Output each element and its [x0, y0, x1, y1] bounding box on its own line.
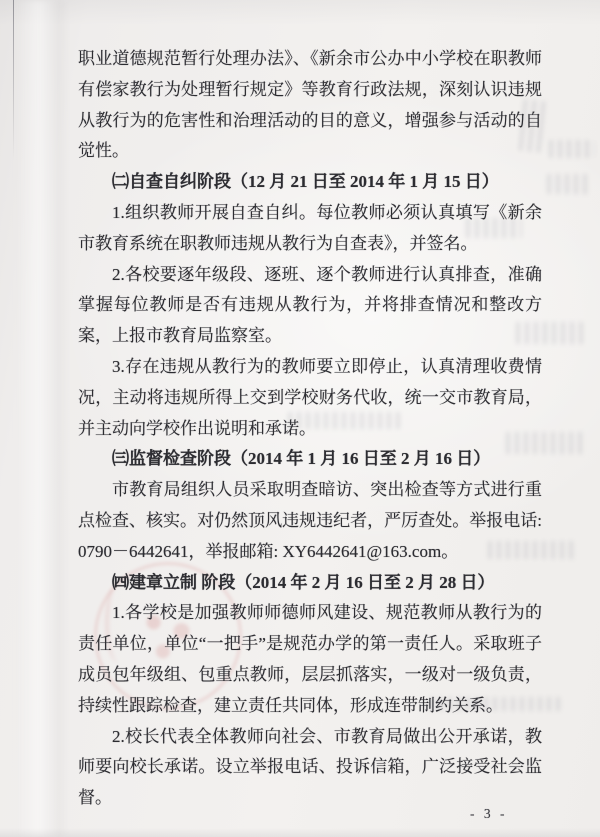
paragraph-self-check-item-1: 1.组织教师开展自查自纠。每位教师必须认真填写《新余市教育系统在职教师违规从教行…	[78, 198, 542, 260]
page-number: - 3 -	[470, 806, 508, 822]
paragraph-institution-item-2: 2.校长代表全体教师向社会、市教育局做出公开承诺，教师要向校长承诺。设立举报电话…	[78, 722, 542, 814]
paragraph-self-check-item-3: 3.存在违规从教行为的教师要立即停止，认真清理收费情况，主动将违规所得上交到学校…	[78, 352, 542, 444]
paragraph-supervision-body: 市教育局组织人员采取明查暗访、突出检查等方式进行重点检查、核实。对仍然顶风违规违…	[78, 475, 542, 567]
bottom-edge-shadow	[0, 828, 600, 837]
paragraph-institution-item-1: 1.各学校是加强教师师德师风建设、规范教师从教行为的责任单位，单位“一把手”是规…	[78, 598, 542, 721]
paper-fold-line	[13, 0, 14, 160]
ink-bleedthrough-mark	[549, 140, 595, 158]
paragraph-continuation: 职业道德规范暂行处理办法》、《新余市公办中小学校在职教师有偿家教行为处理暂行规定…	[78, 44, 542, 167]
ink-bleedthrough-mark	[547, 174, 589, 194]
section-heading-institution-stage: ㈣建章立制 阶段（2014 年 2 月 16 日至 2 月 28 日）	[78, 568, 542, 599]
section-heading-supervision-stage: ㈢监督检查阶段（2014 年 1 月 16 日至 2 月 16 日）	[78, 444, 542, 475]
scanned-document-page: 职业道德规范暂行处理办法》、《新余市公办中小学校在职教师有偿家教行为处理暂行规定…	[0, 0, 600, 837]
paragraph-self-check-item-2: 2.各校要逐年级段、逐班、逐个教师进行认真排查，准确掌握每位教师是否有违规从教行…	[78, 260, 542, 352]
paper-sheen	[16, 0, 68, 837]
document-body: 职业道德规范暂行处理办法》、《新余市公办中小学校在职教师有偿家教行为处理暂行规定…	[78, 44, 542, 814]
section-heading-self-check-stage: ㈡自查自纠阶段（12 月 21 日至 2014 年 1 月 15 日）	[78, 167, 542, 198]
